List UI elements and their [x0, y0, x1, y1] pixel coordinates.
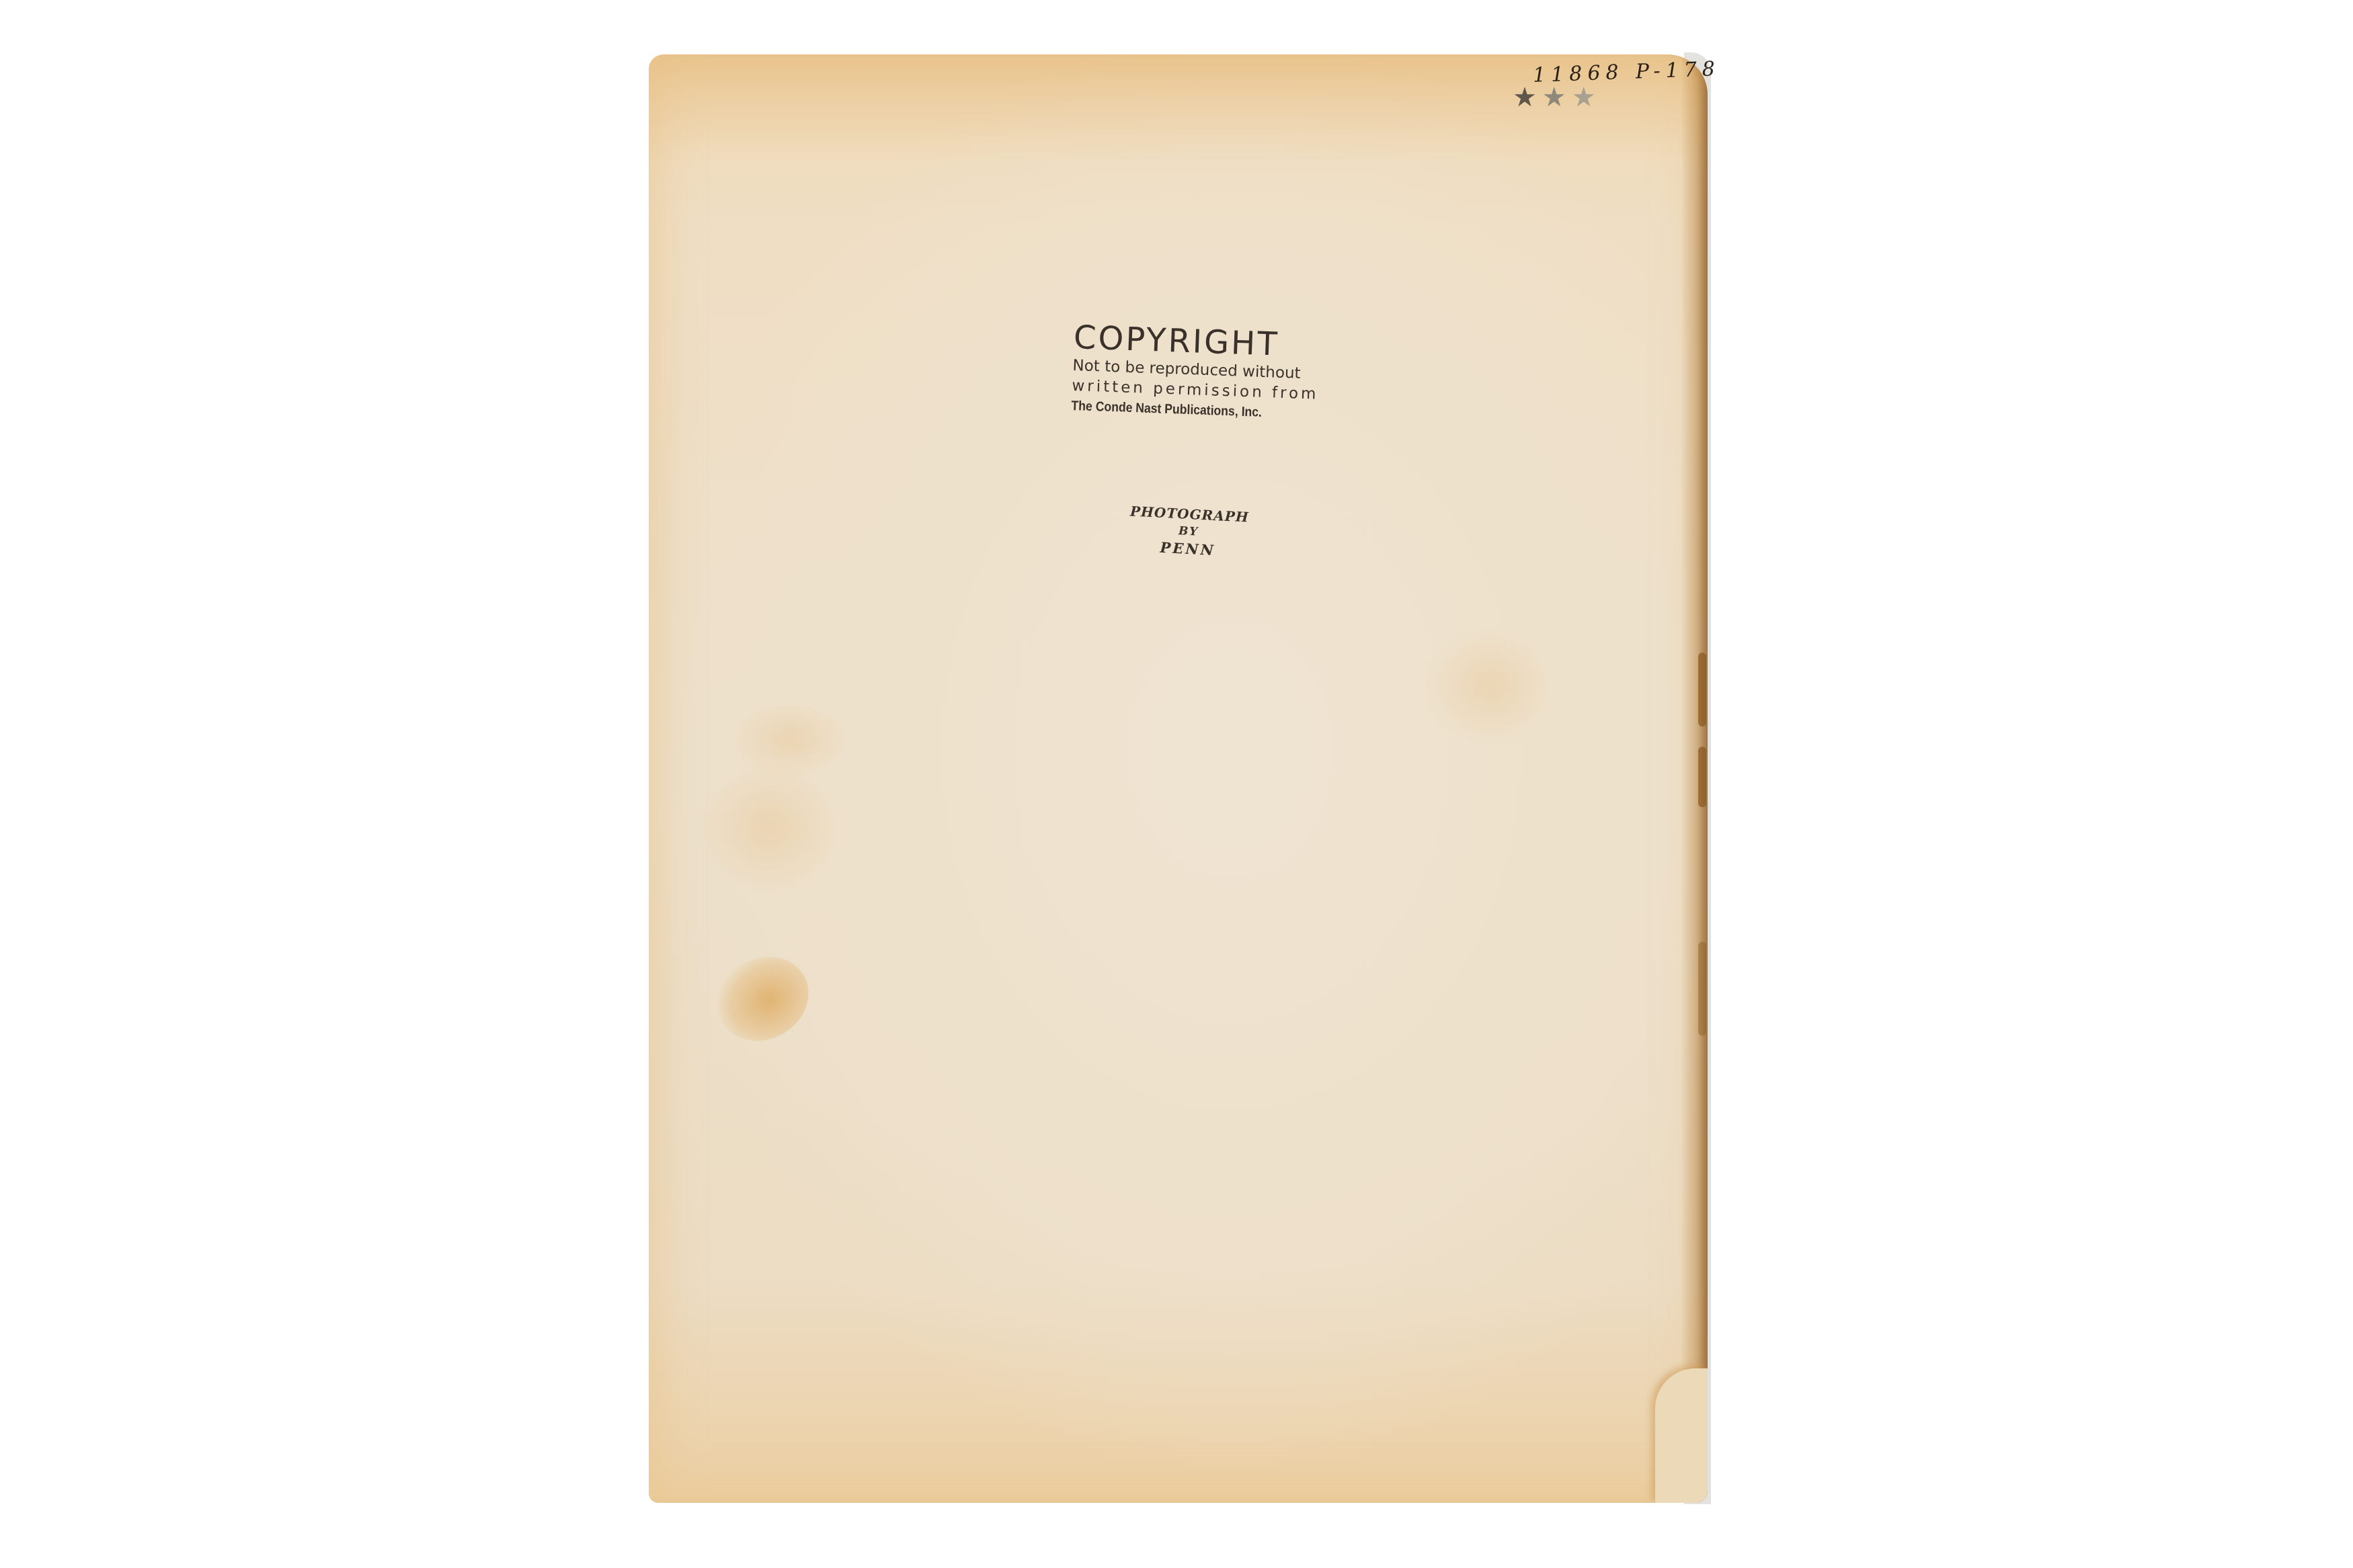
star-icon: ★ [1572, 84, 1596, 111]
star-icon: ★ [1513, 84, 1537, 111]
copyright-stamp: COPYRIGHT Not to be reproduced without w… [1071, 319, 1330, 425]
star-rating: ★ ★ ★ [1513, 84, 1596, 111]
edge-stain [1698, 747, 1706, 807]
torn-corner [1655, 1368, 1708, 1503]
star-icon: ★ [1542, 84, 1566, 111]
smudge [1422, 626, 1556, 747]
smudge [696, 760, 844, 895]
edge-stain [1698, 942, 1706, 1036]
photo-verso-paper [649, 54, 1708, 1503]
fingerprint-stain [702, 940, 824, 1057]
photographer-credit-stamp: PHOTOGRAPH BY PENN [1120, 502, 1257, 561]
edge-stain [1698, 653, 1706, 727]
smudge [729, 700, 850, 780]
